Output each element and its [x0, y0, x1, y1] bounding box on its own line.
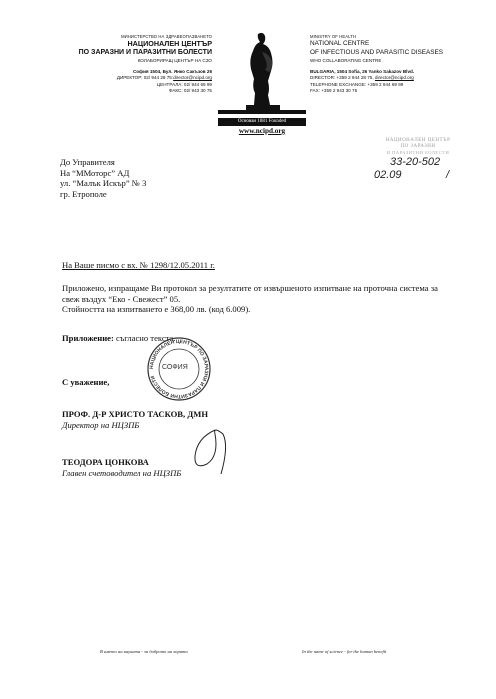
handwritten-signature-icon [185, 426, 235, 476]
org-name-bg-line1: НАЦИОНАЛЕН ЦЕНТЪР [60, 40, 212, 49]
fax-bg: ФАКС: 02/ 943 30 75 [60, 88, 212, 94]
letter-body: Приложено, изпращаме Ви протокол за резу… [62, 283, 438, 315]
signatory-2-title: Главен счетоводител на НЦЗПБ [62, 468, 181, 479]
stamp-date-row: 02.09 / [368, 169, 468, 181]
letterhead-bg: МИНИСТЕРСТВО НА ЗДРАВЕОПАЗВАНЕТО НАЦИОНА… [60, 34, 212, 94]
stamp-mark: / [446, 169, 449, 181]
who-centre-en: WHO COLLABORATING CENTRE [310, 57, 490, 64]
closing: С уважение, [62, 377, 109, 388]
signatory-1-name: ПРОФ. Д-Р ХРИСТО ТАСКОВ, ДМН [62, 409, 208, 420]
fax-en: FAX: +359 2 943 30 75 [310, 88, 490, 94]
seal-center-text: СОФИЯ [162, 364, 188, 371]
director-email-link-en[interactable]: director@ncipd.org [375, 75, 414, 80]
who-centre-bg: КОЛАБОРИРАЩ ЦЕНТЪР НА СЗО [60, 57, 212, 64]
reference-line: На Ваше писмо с вх. № 1298/12.05.2011 г. [62, 260, 215, 271]
recipient-line1: До Управителя [60, 157, 146, 168]
recipient-line2: На “ММоторс” АД [60, 168, 146, 179]
org-name-en-line2: OF INFECTIOUS AND PARASITIC DISEASES [310, 49, 490, 58]
director-phone-en: DIRECTOR: +359 2 944 28 75, [310, 75, 374, 80]
org-name-en-line1: NATIONAL CENTRE [310, 40, 490, 49]
recipient-line4: гр. Етрополе [60, 189, 146, 200]
footer-motto-bg: В името на науката - за доброто на хорат… [100, 649, 188, 654]
registration-stamp: НАЦИОНАЛЕН ЦЕНТЪР ПО ЗАРАЗНИ И ПАРАЗИТНИ… [368, 138, 468, 181]
statue-icon [218, 30, 306, 114]
recipient-block: До Управителя На “ММоторс” АД ул. “Малък… [60, 157, 146, 199]
institute-logo: Основан 1881 Founded www.ncipd.org [218, 30, 306, 132]
official-seal: НАЦИОНАЛЕН ЦЕНТЪР ПО ЗАРАЗНИ И ПАРАЗИТНИ… [146, 336, 212, 402]
attachment-label: Приложение: [62, 333, 114, 343]
signatory-1: ПРОФ. Д-Р ХРИСТО ТАСКОВ, ДМН Директор на… [62, 409, 208, 430]
website-link[interactable]: www.ncipd.org [218, 127, 306, 135]
signatory-1-title: Директор на НЦЗПБ [62, 420, 208, 431]
director-email-link-bg[interactable]: director@ncipd.org [173, 75, 212, 80]
signatory-2: ТЕОДОРА ЦОНКОВА Главен счетоводител на Н… [62, 457, 181, 478]
footer-motto-en: In the name of science - for the human b… [302, 649, 386, 654]
body-paragraph1: Приложено, изпращаме Ви протокол за резу… [62, 283, 438, 304]
letterhead-en: MINISTRY OF HEALTH NATIONAL CENTRE OF IN… [310, 34, 490, 94]
stamp-number: 33-20-502 [390, 156, 468, 169]
stamp-date: 02.09 [374, 169, 402, 181]
recipient-line3: ул. “Малък Искър” № 3 [60, 178, 146, 189]
body-paragraph2: Стойността на изпитването е 368,00 лв. (… [62, 304, 438, 315]
director-phone-bg: ДИРЕКТОР: 02/ 944 28 75: [117, 75, 173, 80]
signatory-2-name: ТЕОДОРА ЦОНКОВА [62, 457, 181, 468]
founded-banner: Основан 1881 Founded [218, 118, 306, 126]
org-name-bg-line2: ПО ЗАРАЗНИ И ПАРАЗИТНИ БОЛЕСТИ [60, 49, 212, 58]
